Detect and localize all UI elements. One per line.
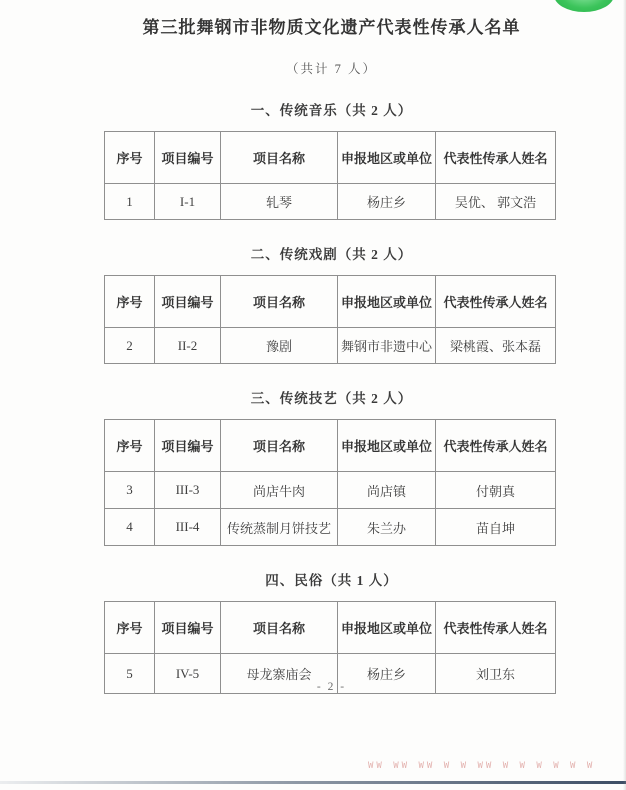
data-table: 序号项目编号项目名称申报地区或单位代表性传承人姓名3III-3尚店牛肉尚店镇付朝… xyxy=(104,419,556,546)
header-cell: 序号 xyxy=(105,132,155,184)
header-cell: 序号 xyxy=(105,420,155,472)
page-subtitle: （共计 7 人） xyxy=(104,59,559,77)
header-cell: 项目名称 xyxy=(221,602,338,654)
header-cell: 项目编号 xyxy=(155,602,221,654)
header-cell: 申报地区或单位 xyxy=(338,602,436,654)
table-row: 3III-3尚店牛肉尚店镇付朝真 xyxy=(105,472,556,509)
table-cell: 轧琴 xyxy=(221,184,338,220)
table-cell: 传统蒸制月饼技艺 xyxy=(221,509,338,546)
section-4: 四、民俗（共 1 人）序号项目编号项目名称申报地区或单位代表性传承人姓名5IV-… xyxy=(104,569,559,694)
watermark-text: WW WW WW W W WW W W W W W W xyxy=(368,761,620,771)
table-cell: 3 xyxy=(105,472,155,509)
table-cell: 豫剧 xyxy=(221,328,338,364)
header-cell: 申报地区或单位 xyxy=(338,132,436,184)
table-cell: 朱兰办 xyxy=(338,509,436,546)
header-cell: 项目编号 xyxy=(155,132,221,184)
page-title: 第三批舞钢市非物质文化遗产代表性传承人名单 xyxy=(104,0,559,40)
table-row: 4III-4传统蒸制月饼技艺朱兰办苗自坤 xyxy=(105,509,556,546)
header-cell: 代表性传承人姓名 xyxy=(436,420,556,472)
section-heading: 二、传统戏剧（共 2 人） xyxy=(104,243,559,263)
data-table: 序号项目编号项目名称申报地区或单位代表性传承人姓名2II-2豫剧舞钢市非遗中心梁… xyxy=(104,275,556,364)
table-cell: III-4 xyxy=(155,509,221,546)
table-cell: 苗自坤 xyxy=(436,509,556,546)
page-number: - 2 - xyxy=(104,681,559,693)
table-cell: 2 xyxy=(105,328,155,364)
table-cell: 4 xyxy=(105,509,155,546)
table-row: 1I-1轧琴杨庄乡吴优、 郭文浩 xyxy=(105,184,556,220)
header-cell: 代表性传承人姓名 xyxy=(436,276,556,328)
table-row: 2II-2豫剧舞钢市非遗中心梁桃霞、张本磊 xyxy=(105,328,556,364)
table-cell: 付朝真 xyxy=(436,472,556,509)
header-cell: 代表性传承人姓名 xyxy=(436,602,556,654)
header-cell: 项目名称 xyxy=(221,132,338,184)
table-cell: 尚店牛肉 xyxy=(221,472,338,509)
table-cell: 梁桃霞、张本磊 xyxy=(436,328,556,364)
header-cell: 申报地区或单位 xyxy=(338,420,436,472)
table-cell: I-1 xyxy=(155,184,221,220)
table-cell: III-3 xyxy=(155,472,221,509)
section-heading: 一、传统音乐（共 2 人） xyxy=(104,99,559,119)
header-cell: 项目编号 xyxy=(155,420,221,472)
section-heading: 三、传统技艺（共 2 人） xyxy=(104,387,559,407)
header-cell: 代表性传承人姓名 xyxy=(436,132,556,184)
header-cell: 项目名称 xyxy=(221,276,338,328)
header-cell: 项目编号 xyxy=(155,276,221,328)
header-cell: 申报地区或单位 xyxy=(338,276,436,328)
section-3: 三、传统技艺（共 2 人）序号项目编号项目名称申报地区或单位代表性传承人姓名3I… xyxy=(104,387,559,546)
table-cell: 杨庄乡 xyxy=(338,184,436,220)
data-table: 序号项目编号项目名称申报地区或单位代表性传承人姓名1I-1轧琴杨庄乡吴优、 郭文… xyxy=(104,131,556,220)
table-cell: II-2 xyxy=(155,328,221,364)
document-content: 第三批舞钢市非物质文化遗产代表性传承人名单 （共计 7 人） 一、传统音乐（共 … xyxy=(104,0,559,694)
header-cell: 序号 xyxy=(105,602,155,654)
section-heading: 四、民俗（共 1 人） xyxy=(104,569,559,589)
green-seal-icon xyxy=(554,0,614,12)
table-header-row: 序号项目编号项目名称申报地区或单位代表性传承人姓名 xyxy=(105,132,556,184)
section-1: 一、传统音乐（共 2 人）序号项目编号项目名称申报地区或单位代表性传承人姓名1I… xyxy=(104,99,559,220)
document-page: 第三批舞钢市非物质文化遗产代表性传承人名单 （共计 7 人） 一、传统音乐（共 … xyxy=(0,0,626,790)
section-2: 二、传统戏剧（共 2 人）序号项目编号项目名称申报地区或单位代表性传承人姓名2I… xyxy=(104,243,559,364)
table-cell: 吴优、 郭文浩 xyxy=(436,184,556,220)
header-cell: 序号 xyxy=(105,276,155,328)
header-cell: 项目名称 xyxy=(221,420,338,472)
sections-container: 一、传统音乐（共 2 人）序号项目编号项目名称申报地区或单位代表性传承人姓名1I… xyxy=(104,99,559,694)
table-cell: 尚店镇 xyxy=(338,472,436,509)
table-header-row: 序号项目编号项目名称申报地区或单位代表性传承人姓名 xyxy=(105,276,556,328)
table-cell: 1 xyxy=(105,184,155,220)
table-header-row: 序号项目编号项目名称申报地区或单位代表性传承人姓名 xyxy=(105,602,556,654)
page-bottom-edge xyxy=(0,781,626,784)
table-header-row: 序号项目编号项目名称申报地区或单位代表性传承人姓名 xyxy=(105,420,556,472)
table-cell: 舞钢市非遗中心 xyxy=(338,328,436,364)
